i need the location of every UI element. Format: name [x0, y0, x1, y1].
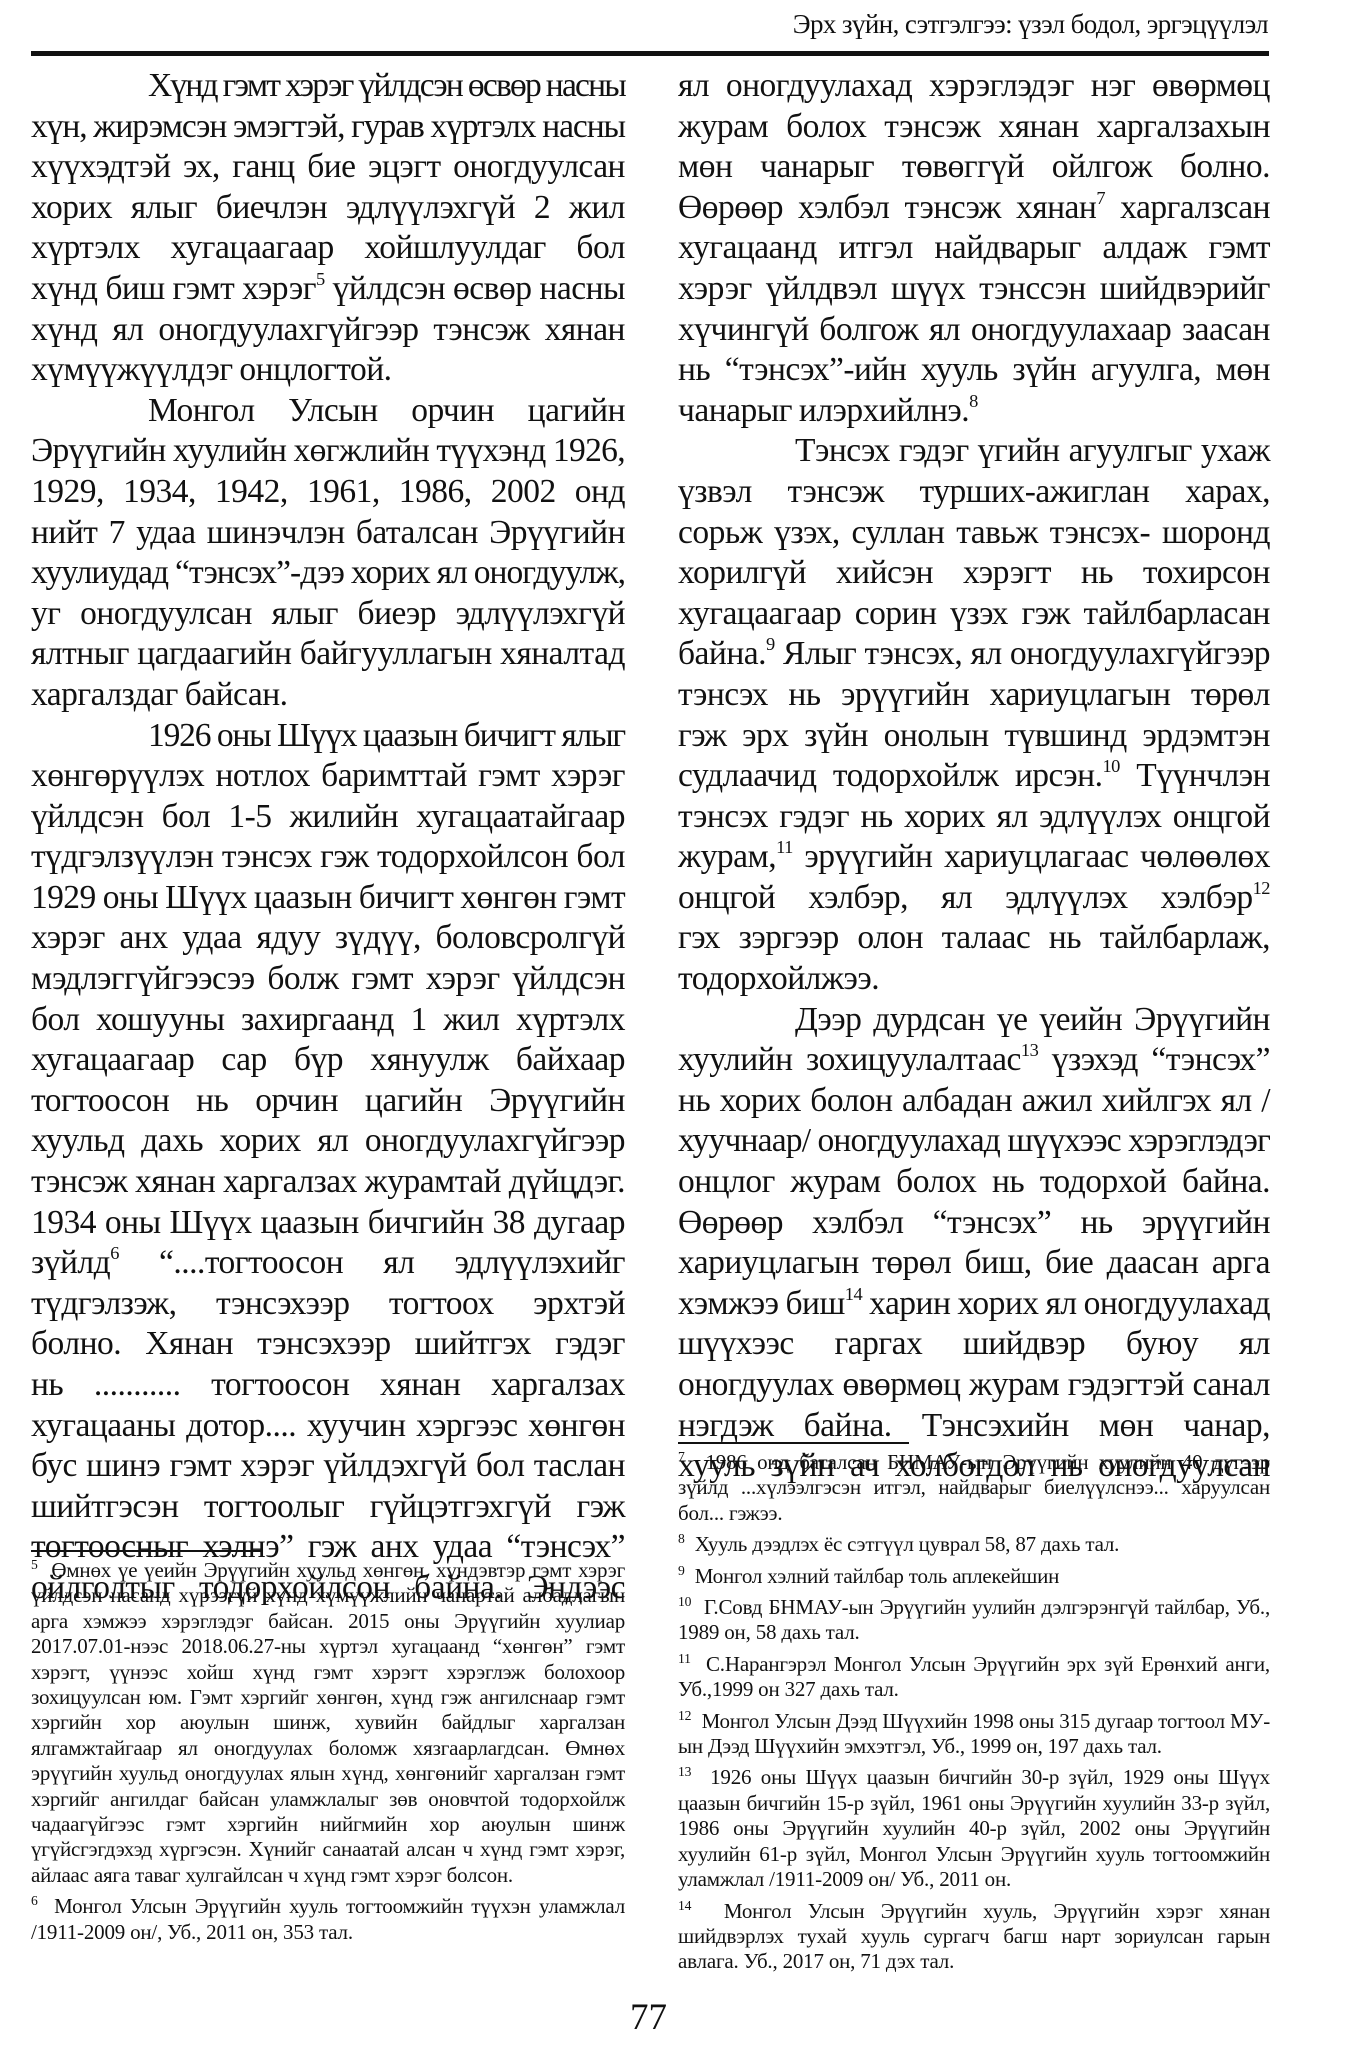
body-paragraph: ял оногдуулахад хэрэглэдэг нэг өвөрмөцжу…	[678, 66, 1270, 431]
footnote-number: 8	[678, 1531, 685, 1546]
text-line: үйлдсэн бол 1-5 жилийн хугацаатайгаар	[31, 797, 625, 838]
body-paragraph: Хүнд гэмт хэрэг үйлдсэн өсвөр насныхүн, …	[31, 66, 625, 391]
text-line: хуулийн зохицуулалтаас13 үзэхэд “тэнсэх”	[678, 1040, 1270, 1081]
text-line: Өөрөөр хэлбэл “тэнсэх” нь эрүүгийн	[678, 1203, 1270, 1244]
text-line: 1926 оны Шүүх цаазын бичигт ялыг	[31, 716, 625, 757]
footnote-9: 9 Монгол хэлний тайлбар толь аплекейшин	[678, 1564, 1270, 1589]
text-line: түдгэлзүүлэн тэнсэх гэж тодорхойлсон бол	[31, 837, 625, 878]
footnote-ref[interactable]: 8	[969, 391, 978, 411]
text-line: зүйлд6 “....тогтоосон ял эдлүүлэхийг	[31, 1243, 625, 1284]
text-line: үзвэл тэнсэж турших-ажиглан харах,	[678, 472, 1270, 513]
text-line: Дээр дурдсан үе үеийн Эрүүгийн	[678, 1000, 1270, 1041]
text-line: болно. Хянан тэнсэхээр шийтгэх гэдэг	[31, 1324, 625, 1365]
text-line: байна.9 Ялыг тэнсэх, ял оногдуулахгүйгээ…	[678, 634, 1270, 675]
right-footnotes: 7 1986 онд баталсан БНМАУ-ын Эрүүгийн ху…	[678, 1450, 1270, 1981]
text-line: харгалздаг байсан.	[31, 675, 625, 716]
text-line: хорилгүй хийсэн хэрэгт нь тохирсон	[678, 553, 1270, 594]
text-line: хугацаанд итгэл найдварыг алдаж гэмт	[678, 228, 1270, 269]
body-paragraph: Дээр дурдсан үе үеийн Эрүүгийнхуулийн зо…	[678, 1000, 1270, 1487]
footnote-ref[interactable]: 14	[845, 1284, 862, 1304]
text-line: журам болох тэнсэж хянан харгалзахын	[678, 107, 1270, 148]
left-footnotes: 5 Өмнөх үе үеийн Эрүүгийн хуульд хөнгөн,…	[31, 1558, 625, 1951]
text-line: нь ........... тогтоосон хянан харгалзах	[31, 1365, 625, 1406]
text-line: судлаачид тодорхойлж ирсэн.10 Түүнчлэн	[678, 756, 1270, 797]
text-line: Өөрөөр хэлбэл тэнсэж хянан7 харгалзсан	[678, 188, 1270, 229]
footnote-7: 7 1986 онд баталсан БНМАУ-ын Эрүүгийн ху…	[678, 1450, 1270, 1526]
text-line: нийт 7 удаа шинэчлэн баталсан Эрүүгийн	[31, 513, 625, 554]
text-line: хуучнаар/ оногдуулахад шүүхээс хэрэглэдэ…	[678, 1121, 1270, 1162]
footnote-ref[interactable]: 6	[110, 1243, 119, 1263]
text-line: 1929, 1934, 1942, 1961, 1986, 2002 онд	[31, 472, 625, 513]
footnote-ref[interactable]: 12	[1253, 878, 1270, 898]
text-line: хүнд ял оногдуулахгүйгээр тэнсэж хянан	[31, 310, 625, 351]
text-line: мэдлэггүйгээсээ болж гэмт хэрэг үйлдсэн	[31, 959, 625, 1000]
body-paragraph: Тэнсэх гэдэг үгийн агуулгыг ухажүзвэл тэ…	[678, 431, 1270, 999]
text-line: шийтгэсэн тогтоолыг гүйцэтгэхгүй гэж	[31, 1487, 625, 1528]
footnote-ref[interactable]: 13	[1021, 1040, 1038, 1060]
text-line: хугацаагаар сорин үзэх гэж тайлбарласан	[678, 594, 1270, 635]
text-line: тодорхойлжээ.	[678, 959, 1270, 1000]
text-line: тэнсэж хянан харгалзах журамтай дүйцдэг.	[31, 1162, 625, 1203]
text-line: хорих ялыг биечлэн эдлүүлэхгүй 2 жил	[31, 188, 625, 229]
text-line: гэж эрх зүйн онолын түвшинд эрдэмтэн	[678, 716, 1270, 757]
text-line: 1934 оны Шүүх цаазын бичгийн 38 дугаар	[31, 1203, 625, 1244]
text-line: хугацааны дотор.... хуучин хэргээс хөнгө…	[31, 1406, 625, 1447]
text-line: Эрүүгийн хуулийн хөгжлийн түүхэнд 1926,	[31, 431, 625, 472]
page-number: 77	[630, 1998, 667, 2038]
footnote-number: 7	[678, 1449, 685, 1464]
text-line: бол хошууны захиргаанд 1 жил хүртэлх	[31, 1000, 625, 1041]
text-line: хэрэг үйлдвэл шүүх тэнссэн шийдвэрийг	[678, 269, 1270, 310]
text-line: хуулиудад “тэнсэх”-дээ хорих ял оногдуул…	[31, 553, 625, 594]
footnote-8: 8 Хууль дээдлэх ёс сэтгүүл цуврал 58, 87…	[678, 1532, 1270, 1557]
text-line: онцлог журам болох нь тодорхой байна.	[678, 1162, 1270, 1203]
footnote-6: 6 Монгол Улсын Эрүүгийн хууль тогтоомжий…	[31, 1894, 625, 1945]
text-line: хүүхэдтэй эх, ганц бие эцэгт оногдуулсан	[31, 147, 625, 188]
text-line: оногдуулах өвөрмөц журам гэдэгтэй санал	[678, 1365, 1270, 1406]
footnote-number: 11	[678, 1651, 691, 1666]
text-line: хөнгөрүүлэх нотлох баримттай гэмт хэрэг	[31, 756, 625, 797]
footnote-ref[interactable]: 10	[1102, 756, 1119, 776]
text-line: шүүхээс гаргах шийдвэр буюу ял	[678, 1324, 1270, 1365]
text-line: хүчингүй болгож ял оногдуулахаар заасан	[678, 310, 1270, 351]
text-line: Хүнд гэмт хэрэг үйлдсэн өсвөр насны	[31, 66, 625, 107]
text-line: тогтоосон нь орчин цагийн Эрүүгийн	[31, 1081, 625, 1122]
text-line: хариуцлагын төрөл биш, бие даасан арга	[678, 1243, 1270, 1284]
footnote-ref[interactable]: 5	[316, 269, 325, 289]
text-line: нэгдэж байна. Тэнсэхийн мөн чанар,	[678, 1406, 1270, 1447]
text-line: бус шинэ гэмт хэрэг үйлдэхгүй бол таслан	[31, 1446, 625, 1487]
footnote-number: 6	[31, 1893, 38, 1908]
footnote-ref[interactable]: 11	[776, 837, 793, 857]
footnote-number: 10	[678, 1594, 691, 1609]
text-line: мөн чанарыг төвөггүй ойлгож болно.	[678, 147, 1270, 188]
right-column-body: ял оногдуулахад хэрэглэдэг нэг өвөрмөцжу…	[678, 66, 1270, 1487]
footnote-ref[interactable]: 9	[766, 635, 775, 655]
text-line: тэнсэх гэдэг нь хорих ял эдлүүлэх онцгой	[678, 797, 1270, 838]
text-line: нь хорих болон албадан ажил хийлгэх ял /	[678, 1081, 1270, 1122]
text-line: сорьж үзэх, суллан тавьж тэнсэх- шоронд	[678, 513, 1270, 554]
text-line: гэх зэргээр олон талаас нь тайлбарлаж,	[678, 918, 1270, 959]
text-line: чанарыг илэрхийлнэ.8	[678, 391, 1270, 432]
text-line: хүмүүжүүлдэг онцлогтой.	[31, 350, 625, 391]
footnote-number: 14	[678, 1897, 691, 1912]
text-line: Тэнсэх гэдэг үгийн агуулгыг ухаж	[678, 431, 1270, 472]
footnote-10: 10 Г.Совд БНМАУ-ын Эрүүгийн уулийн дэлгэ…	[678, 1595, 1270, 1646]
text-line: онцгой хэлбэр, ял эдлүүлэх хэлбэр12	[678, 878, 1270, 919]
text-line: хугацаагаар сар бүр хянуулж байхаар	[31, 1040, 625, 1081]
text-line: нь “тэнсэх”-ийн хууль зүйн агуулга, мөн	[678, 350, 1270, 391]
footnote-12: 12 Монгол Улсын Дээд Шүүхийн 1998 оны 31…	[678, 1709, 1270, 1760]
text-line: хэмжээ биш14 харин хорих ял оногдуулахад	[678, 1284, 1270, 1325]
text-line: хүртэлх хугацаагаар хойшлуулдаг бол	[31, 228, 625, 269]
footnote-number: 9	[678, 1562, 685, 1577]
text-line: тэнсэх нь эрүүгийн хариуцлагын төрөл	[678, 675, 1270, 716]
right-footnote-separator	[678, 1442, 909, 1444]
text-line: хүнд биш гэмт хэрэг5 үйлдсэн өсвөр насны	[31, 269, 625, 310]
left-footnote-separator	[31, 1550, 262, 1552]
footnote-number: 12	[678, 1707, 691, 1722]
body-paragraph: Монгол Улсын орчин цагийнЭрүүгийн хуулий…	[31, 391, 625, 716]
text-line: хэрэг анх удаа ядуу зүдүү, боловсролгүй	[31, 918, 625, 959]
header-rule	[31, 51, 1269, 56]
text-line: түдгэлзэж, тэнсэхээр тогтоох эрхтэй	[31, 1284, 625, 1325]
text-line: Монгол Улсын орчин цагийн	[31, 391, 625, 432]
running-header-title: Эрх зүйн, сэтгэлгээ: үзэл бодол, эргэцүү…	[793, 8, 1268, 40]
footnote-11: 11 С.Нарангэрэл Монгол Улсын Эрүүгийн эр…	[678, 1652, 1270, 1703]
text-line: хүн, жирэмсэн эмэгтэй, гурав хүртэлх нас…	[31, 107, 625, 148]
text-line: 1929 оны Шүүх цаазын бичигт хөнгөн гэмт	[31, 878, 625, 919]
footnote-ref[interactable]: 7	[1096, 188, 1105, 208]
text-line: ял оногдуулахад хэрэглэдэг нэг өвөрмөц	[678, 66, 1270, 107]
footnote-14: 14 Монгол Улсын Эрүүгийн хууль, Эрүүгийн…	[678, 1899, 1270, 1975]
footnote-5: 5 Өмнөх үе үеийн Эрүүгийн хуульд хөнгөн,…	[31, 1558, 625, 1888]
footnote-13: 13 1926 оны Шүүх цаазын бичгийн 30-р зүй…	[678, 1765, 1270, 1892]
text-line: уг оногдуулсан ялыг биеэр эдлүүлэхгүй	[31, 594, 625, 635]
text-line: журам,11 эрүүгийн хариуцлагаас чөлөөлөх	[678, 837, 1270, 878]
text-line: ялтныг цагдаагийн байгууллагын хяналтад	[31, 634, 625, 675]
body-paragraph: 1926 оны Шүүх цаазын бичигт ялыгхөнгөрүү…	[31, 716, 625, 1609]
text-line: хуульд дахь хорих ял оногдуулахгүйгээр	[31, 1121, 625, 1162]
footnote-number: 13	[678, 1764, 691, 1779]
footnote-number: 5	[31, 1557, 38, 1572]
left-column-body: Хүнд гэмт хэрэг үйлдсэн өсвөр насныхүн, …	[31, 66, 625, 1609]
